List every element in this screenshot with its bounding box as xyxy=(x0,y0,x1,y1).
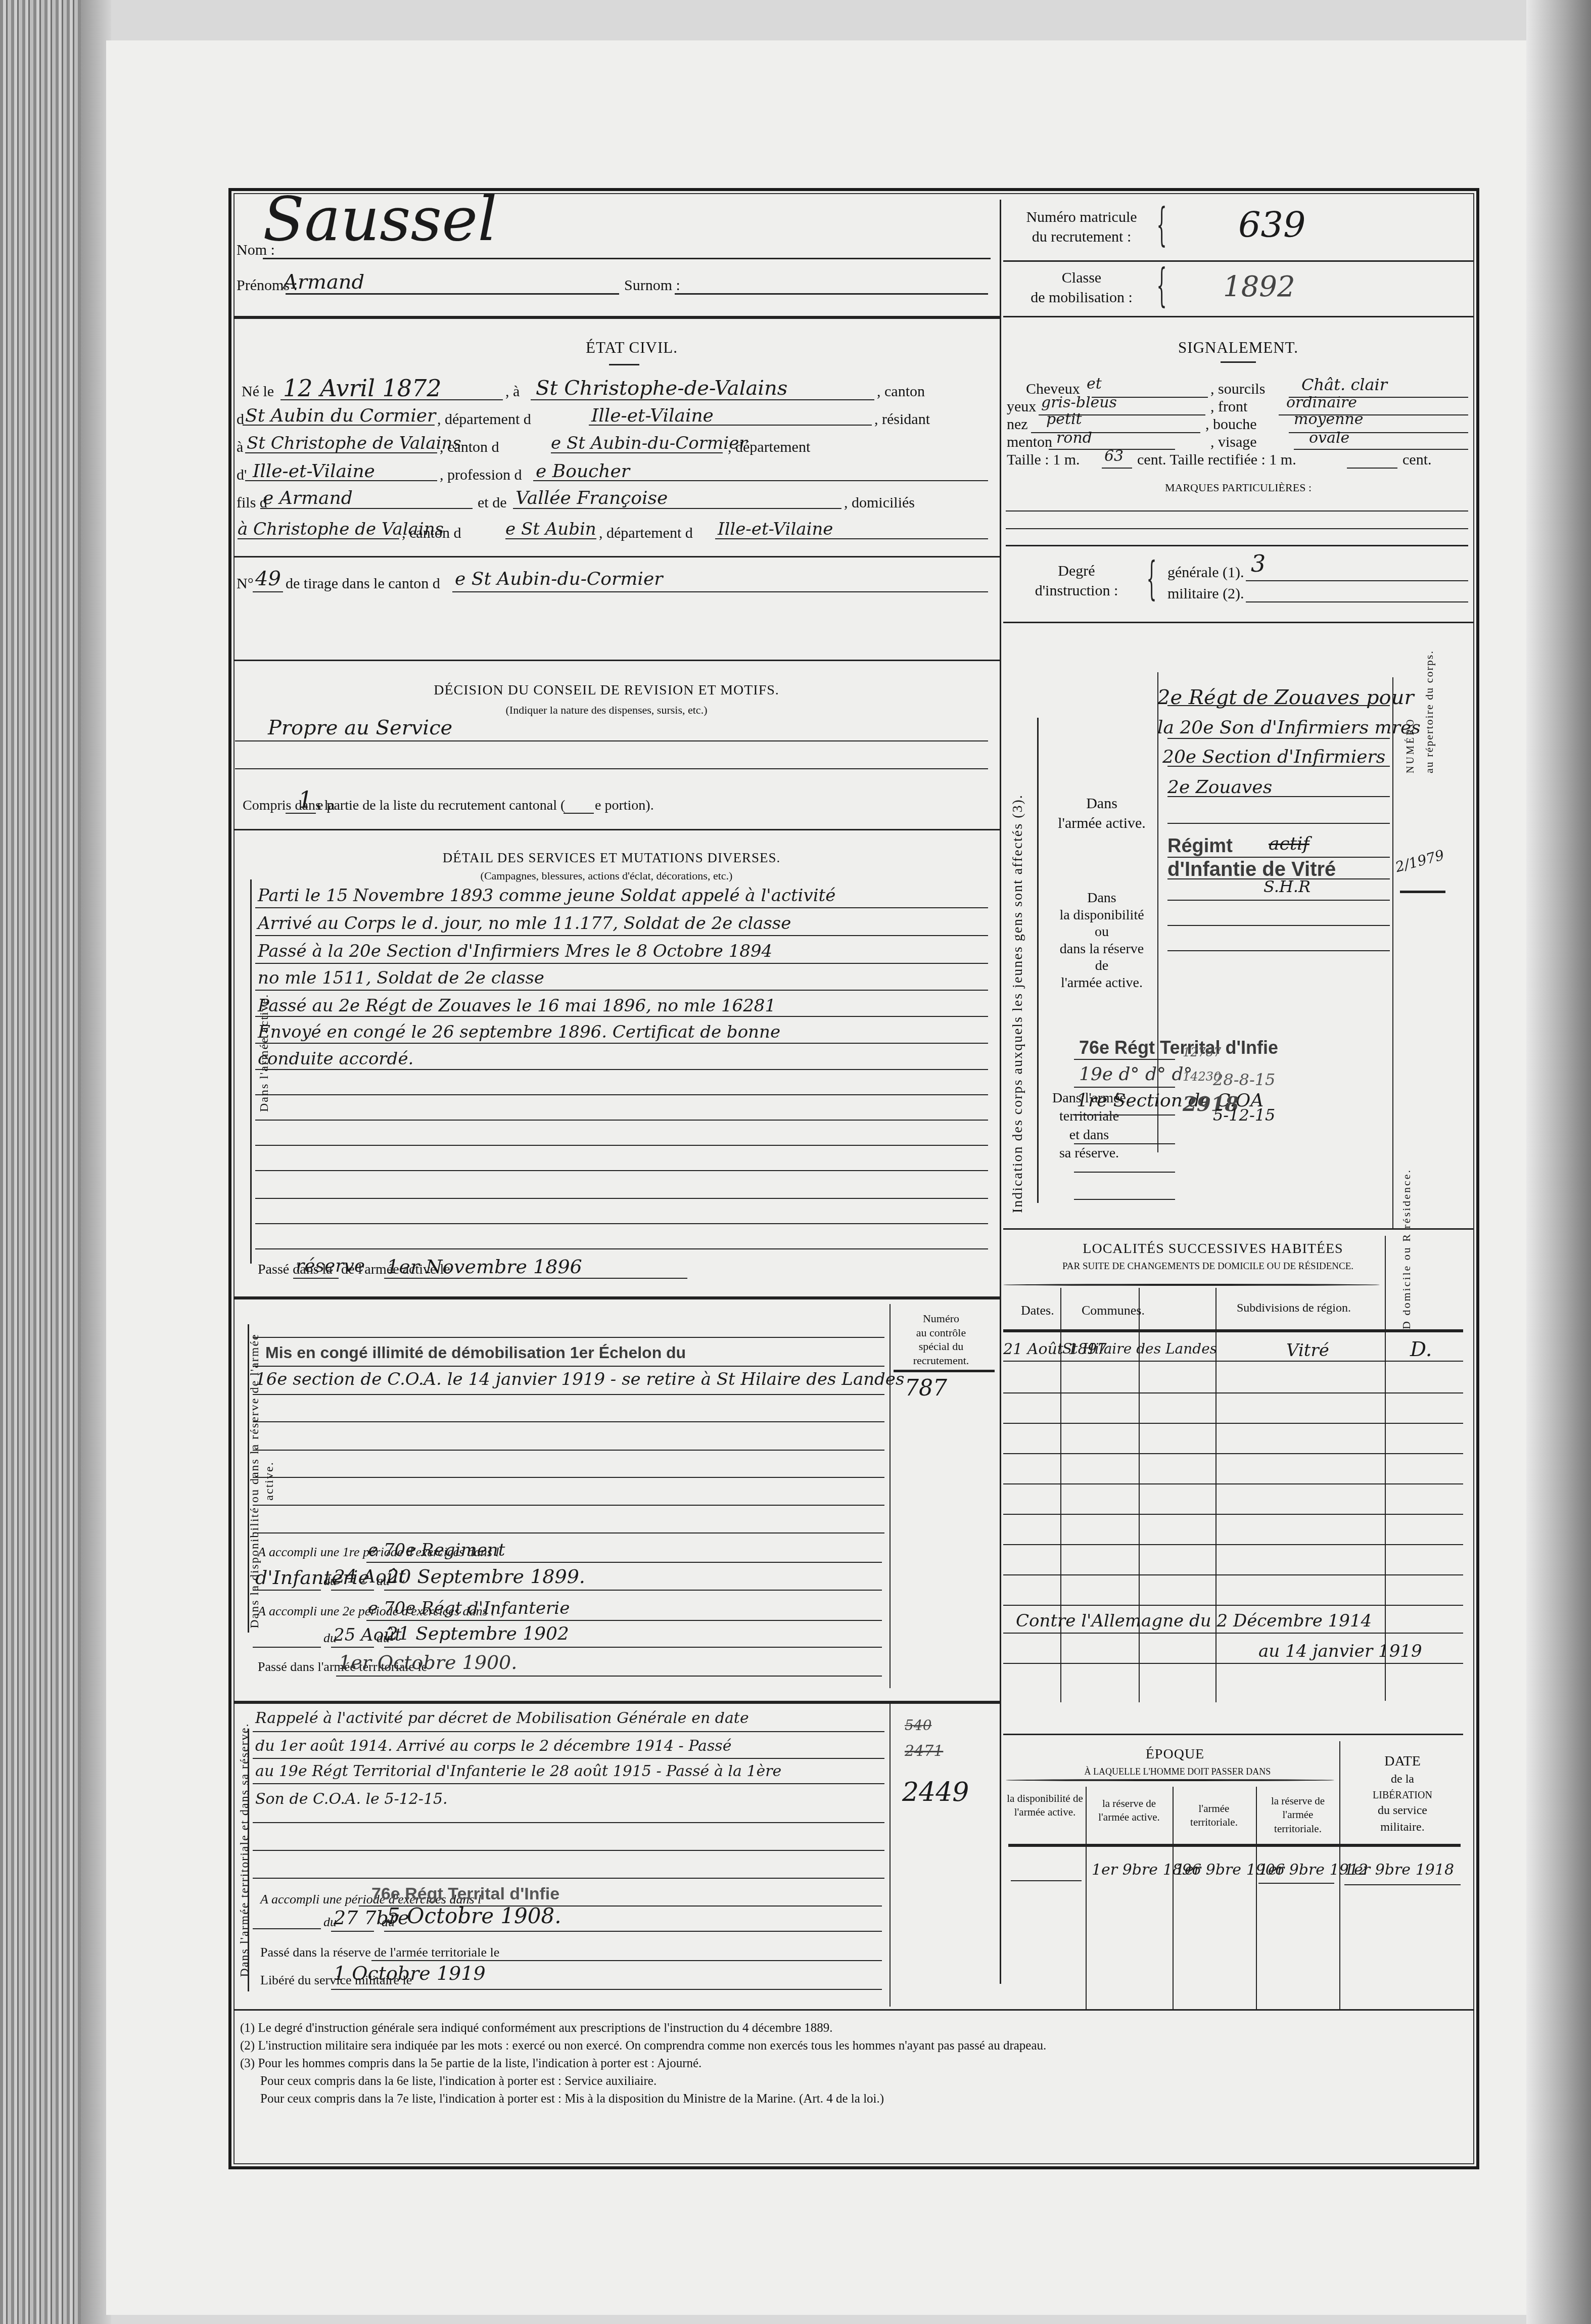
numero-sublabel: au répertoire du corps. xyxy=(1423,650,1436,773)
communes-column-header: Communes. xyxy=(1082,1304,1145,1317)
underline xyxy=(331,1590,374,1591)
underline xyxy=(1074,1199,1175,1200)
underline xyxy=(331,1989,882,1990)
struck-actif: actif xyxy=(1269,835,1309,853)
underline xyxy=(384,1647,882,1648)
underline xyxy=(384,1931,882,1932)
underline xyxy=(255,1120,988,1121)
domicilies-label: , domiciliés xyxy=(844,495,915,510)
cent-label: cent. xyxy=(1402,452,1431,468)
row-line xyxy=(1003,1574,1463,1575)
territoriale-bracket xyxy=(248,1729,249,1991)
dr-column-header: D domicile ou R résidence. xyxy=(1400,1169,1413,1329)
service-line: Arrivé au Corps le d. jour, no mle 11.17… xyxy=(258,915,791,932)
periode2-au: 21 Septembre 1902 xyxy=(387,1625,569,1643)
bouche-value: moyenne xyxy=(1294,412,1364,427)
periode2-corps: e 70e Régt d'Infanterie xyxy=(368,1600,570,1617)
generale-value: 3 xyxy=(1251,552,1266,575)
underline xyxy=(253,1590,321,1591)
profession-value: e Boucher xyxy=(536,462,630,481)
underline xyxy=(1167,823,1390,824)
canton-residence: e St Aubin-du-Cormier xyxy=(551,435,747,452)
row-line xyxy=(1003,1392,1463,1393)
signalement-separator xyxy=(1003,622,1473,623)
underline xyxy=(255,990,988,991)
numero-controle-separator xyxy=(894,1370,995,1372)
underline xyxy=(255,1145,988,1146)
nom-value: Saussel xyxy=(263,190,497,250)
residence: St Christophe de Valains xyxy=(247,435,461,452)
territoriale-line: du 1er août 1914. Arrivé au corps le 2 d… xyxy=(255,1739,731,1754)
localites-subtitle: PAR SUITE DE CHANGEMENTS DE DOMICILE OU … xyxy=(1011,1261,1405,1272)
corps-active-line: 2e Zouaves xyxy=(1167,778,1272,797)
front-label: , front xyxy=(1210,399,1247,414)
row-line xyxy=(1003,1544,1463,1545)
underline xyxy=(238,538,399,539)
visage-value: ovale xyxy=(1309,431,1349,446)
ne-le-label: Né le xyxy=(242,384,274,399)
underline xyxy=(366,1620,882,1621)
epoque-header-underline xyxy=(1008,1844,1461,1847)
service-line: Envoyé en congé le 26 septembre 1896. Ce… xyxy=(258,1024,780,1041)
generale-label: générale (1). xyxy=(1167,565,1244,580)
service-line: no mle 1511, Soldat de 2e classe xyxy=(258,969,544,987)
underline xyxy=(255,1198,988,1199)
canton3-label: , canton d xyxy=(402,526,461,541)
footnote-1: (1) Le degré d'instruction générale sera… xyxy=(240,2022,833,2034)
liberation-header: DATE de la LIBÉRATION du service militai… xyxy=(1344,1751,1461,1836)
row-line xyxy=(1003,1663,1463,1664)
compris-label-3: e portion). xyxy=(595,799,654,813)
title-dash xyxy=(1221,361,1256,363)
departement2-label: , département xyxy=(728,440,810,455)
classe-brace: { xyxy=(1157,263,1167,308)
corps-active-line: 2e Régt de Zouaves pour xyxy=(1157,687,1414,708)
underline xyxy=(384,1590,882,1591)
subdivisions-column-header: Subdivisions de région. xyxy=(1218,1302,1370,1315)
footnote-2: (2) L'instruction militaire sera indiqué… xyxy=(240,2039,1046,2052)
row-line xyxy=(1003,1633,1463,1634)
underline xyxy=(255,1223,988,1224)
canton-naissance: St Aubin du Cormier xyxy=(245,407,436,425)
underline xyxy=(1074,1114,1175,1115)
underline xyxy=(255,1170,988,1171)
degre-instruction-label: Degré d'instruction : xyxy=(1026,561,1127,600)
bouche-label: , bouche xyxy=(1205,417,1257,432)
departement-naissance: Ille-et-Vilaine xyxy=(591,407,714,425)
underline xyxy=(1167,857,1390,858)
underline xyxy=(245,452,437,453)
tirage-no: 49 xyxy=(255,569,281,589)
underline xyxy=(1246,580,1468,581)
localites-title: LOCALITÉS SUCCESSIVES HABITÉES xyxy=(1036,1241,1390,1257)
sourcils-label: , sourcils xyxy=(1210,382,1265,397)
underline xyxy=(235,740,988,741)
demobilisation-line: 16e section de C.O.A. le 14 janvier 1919… xyxy=(255,1371,904,1388)
underline xyxy=(255,1016,988,1017)
matricule-label: Numéro matricule du recrutement : xyxy=(1006,207,1157,247)
cheveux-value: et xyxy=(1087,377,1102,392)
campagne-line: Contre l'Allemagne du 2 Décembre 1914 xyxy=(1016,1612,1372,1630)
territoriale-line: Son de C.O.A. le 5-12-15. xyxy=(255,1792,448,1807)
col-territoriale: l'armée territoriale. xyxy=(1174,1802,1254,1830)
row-line xyxy=(1003,1361,1463,1362)
tirage-canton: e St Aubin-du-Cormier xyxy=(455,570,663,588)
visage-label: , visage xyxy=(1210,435,1257,450)
passe-reserve-date: 1er Novembre 1896 xyxy=(387,1257,582,1276)
services-subtitle: (Campagnes, blessures, actions d'éclat, … xyxy=(404,869,809,882)
stamp-regiment: Régimt xyxy=(1167,836,1233,856)
canton-parents: e St Aubin xyxy=(505,521,596,538)
profession-label: , profession d xyxy=(440,468,522,483)
underline xyxy=(1167,925,1390,926)
nez-value: petit xyxy=(1046,412,1082,427)
taille-label: Taille : 1 m. xyxy=(1007,452,1080,468)
underline xyxy=(1344,1884,1461,1885)
lieu-naissance: St Christophe-de-Valains xyxy=(536,378,787,398)
a-label: , à xyxy=(505,384,520,399)
front-value: ordinaire xyxy=(1286,395,1357,410)
underline xyxy=(564,813,594,814)
dr-column-divider xyxy=(1385,1236,1386,1701)
underline xyxy=(531,399,874,400)
row-line xyxy=(1003,1483,1463,1484)
classe-separator xyxy=(1003,316,1473,317)
stamp-infanterie-vitre: d'Infantie de Vitré xyxy=(1167,859,1336,879)
classe-value: 1892 xyxy=(1223,273,1295,301)
tirage-no-label: N° xyxy=(237,576,254,591)
numero-separator xyxy=(1400,891,1445,893)
reserve-active-bracket xyxy=(248,1324,249,1633)
marques-line xyxy=(1006,545,1468,546)
underline xyxy=(1167,950,1390,951)
etat-civil-separator xyxy=(233,556,1000,557)
passe-territoriale-date: 1er Octobre 1900. xyxy=(339,1653,517,1672)
underline xyxy=(293,1278,339,1279)
et-de-label: et de xyxy=(478,495,506,510)
mere-value: Vallée Françoise xyxy=(516,489,668,507)
marques-particulieres-label: MARQUES PARTICULIÈRES : xyxy=(1112,481,1365,494)
header-separator xyxy=(233,316,1000,319)
periode1-corps: e 70e Regiment xyxy=(368,1542,505,1559)
decision-value: Propre au Service xyxy=(268,718,452,738)
numero-struck: 2471 xyxy=(905,1744,943,1759)
underline xyxy=(1074,1172,1175,1173)
underline xyxy=(255,1094,988,1095)
stamp-76e-territorial: 76e Régt Territal d'Infie xyxy=(1079,1039,1278,1057)
dispo-annotation: S.H.R xyxy=(1264,878,1311,895)
numero-value: 2449 xyxy=(902,1779,969,1805)
surnom-underline xyxy=(675,293,988,295)
underline xyxy=(255,1248,988,1249)
underline xyxy=(533,480,988,481)
matricule-separator xyxy=(1003,260,1473,262)
territoriale-vertical-label: Dans l'armée territoriale et dans sa rés… xyxy=(238,1718,252,1981)
degre-brace: { xyxy=(1147,556,1157,601)
departement-residence: Ille-et-Vilaine xyxy=(253,462,375,481)
underline xyxy=(1167,900,1390,901)
libere-date: 1 Octobre 1919 xyxy=(334,1964,486,1983)
col-divider xyxy=(1256,1787,1257,2009)
service-line: conduite accordé. xyxy=(258,1050,413,1067)
corps-active-line: 20e Section d'Infirmiers xyxy=(1162,748,1385,766)
marques-line xyxy=(1006,528,1468,529)
underline xyxy=(253,1758,884,1759)
underline xyxy=(255,963,988,964)
underline xyxy=(255,1043,988,1044)
row-line xyxy=(1003,1514,1463,1515)
underline xyxy=(1167,738,1390,739)
active-label: Dans l'armée active. xyxy=(1046,794,1157,833)
underline xyxy=(1167,766,1390,767)
underline xyxy=(513,508,841,509)
territoriale-line: au 19e Régt Territorial d'Infanterie le … xyxy=(255,1764,781,1779)
underline xyxy=(253,1337,884,1338)
underline xyxy=(366,1562,882,1563)
footnote-3: (3) Pour les hommes compris dans la 5e p… xyxy=(240,2057,701,2070)
services-bracket xyxy=(250,879,252,1264)
underline xyxy=(253,1822,884,1823)
underline xyxy=(253,1647,321,1648)
underline xyxy=(1074,1059,1175,1060)
surnom-label: Surnom : xyxy=(624,278,680,293)
numero-controle-label: Numéro au contrôle spécial du recrutemen… xyxy=(891,1312,992,1367)
numero-divider xyxy=(890,1703,891,2007)
territoriale-line: 19e d° d° d° xyxy=(1079,1065,1193,1084)
menton-value: rond xyxy=(1056,431,1092,446)
col-reserve-territoriale: la réserve de l'armée territoriale. xyxy=(1257,1794,1338,1836)
prenoms-value: Armand xyxy=(283,272,364,292)
numero-struck: 540 xyxy=(905,1718,931,1733)
disponibilite-label: Dans la disponibilité ou dans la réserve… xyxy=(1041,890,1162,992)
underline xyxy=(253,1421,884,1422)
underline xyxy=(253,1532,884,1533)
decision-title: DÉCISION DU CONSEIL DE REVISION ET MOTIF… xyxy=(354,682,859,699)
marques-line xyxy=(1006,510,1468,512)
underline xyxy=(253,1394,884,1395)
prenoms-underline xyxy=(286,293,619,295)
underline xyxy=(1074,1143,1175,1144)
underline xyxy=(253,591,283,592)
underline xyxy=(253,1731,884,1732)
underline xyxy=(1246,601,1468,602)
service-line: Passé au 2e Régt de Zouaves le 16 mai 18… xyxy=(258,997,776,1014)
periode1-au: 20 Septembre 1899. xyxy=(387,1567,585,1586)
corps-number: 12787 xyxy=(1183,1046,1221,1058)
row-line xyxy=(1003,1605,1463,1606)
underline xyxy=(1102,468,1132,469)
campagne-line-2: au 14 janvier 1919 xyxy=(1258,1643,1422,1660)
footnote-3c: Pour ceux compris dans la 7e liste, l'in… xyxy=(260,2093,884,2105)
residant-label: , résidant xyxy=(874,412,930,427)
corps-active-line: la 20e Son d'Infirmiers mres xyxy=(1157,719,1421,737)
underline xyxy=(331,1931,374,1932)
etat-civil-title: ÉTAT CIVIL. xyxy=(556,339,708,357)
row-line xyxy=(1003,1423,1463,1424)
compris-label-2: e partie de la liste du recrutement cant… xyxy=(317,799,565,813)
pere-value: e Armand xyxy=(263,489,353,507)
taille-rectifiee-label: cent. Taille rectifiée : 1 m. xyxy=(1137,452,1296,468)
localite-subdivision: Vitré xyxy=(1286,1342,1329,1359)
nom-underline xyxy=(263,258,991,259)
underline xyxy=(253,1477,884,1478)
epoque-brace xyxy=(1006,1779,1334,1781)
date-naissance: 12 Avril 1872 xyxy=(283,377,442,400)
footnote-3b: Pour ceux compris dans la 6e liste, l'in… xyxy=(260,2075,657,2087)
underline xyxy=(505,538,596,539)
underline xyxy=(384,1278,687,1279)
underline xyxy=(336,1676,882,1677)
epoque-title: ÉPOQUE xyxy=(1087,1746,1264,1762)
canton2-label: , canton d xyxy=(440,440,499,455)
periode-au: 5 Octobre 1908. xyxy=(387,1905,561,1927)
departement-parents: Ille-et-Vilaine xyxy=(718,521,833,538)
column-divider xyxy=(1000,200,1001,1984)
underline xyxy=(1258,1883,1334,1884)
reserve-territoriale-label: Passé dans la réserve de l'armée territo… xyxy=(260,1946,499,1959)
underline xyxy=(245,480,437,481)
underline xyxy=(253,1505,884,1506)
canton-label: , canton xyxy=(877,384,925,399)
underline xyxy=(1167,705,1390,706)
classe-label: Classe de mobilisation : xyxy=(1006,268,1157,307)
localite-dr: D. xyxy=(1410,1339,1432,1360)
stamp-conge-illimite: Mis en congé illimité de démobilisation … xyxy=(265,1344,686,1361)
underline xyxy=(243,425,435,426)
decision-top-line xyxy=(233,660,1000,661)
departement3-label: , département d xyxy=(599,526,693,541)
underline xyxy=(255,935,988,936)
residant-prefix: à xyxy=(237,440,243,455)
underline xyxy=(253,1850,884,1851)
decision-subtitle: (Indiquer la nature des dispenses, sursi… xyxy=(404,704,809,717)
col-disponibilite: la disponibilité de l'armée active. xyxy=(1006,1792,1084,1820)
footnotes-top-line xyxy=(233,2009,1474,2011)
underline xyxy=(253,1450,884,1451)
yeux-label: yeux xyxy=(1007,399,1036,414)
underline xyxy=(286,813,316,814)
underline xyxy=(715,538,988,539)
underline xyxy=(452,591,988,592)
services-title: DÉTAIL DES SERVICES ET MUTATIONS DIVERSE… xyxy=(334,850,890,866)
signalement-title: SIGNALEMENT. xyxy=(1137,339,1339,357)
underline xyxy=(371,1960,882,1961)
underline xyxy=(255,907,988,908)
nez-label: nez xyxy=(1007,417,1028,432)
localite-commune: St Hilaire des Landes xyxy=(1062,1342,1217,1356)
right-gutter-shadow xyxy=(1526,0,1591,2324)
territoriale-line: Rappelé à l'activité par décret de Mobil… xyxy=(255,1711,749,1726)
corps-date: 28-8-15 xyxy=(1213,1072,1275,1088)
underline xyxy=(235,768,988,769)
corps-date: 5-12-15 xyxy=(1213,1107,1275,1123)
tirage-label: de tirage dans le canton d xyxy=(286,576,440,591)
menton-label: menton xyxy=(1007,435,1052,450)
localites-brace xyxy=(1003,1284,1380,1286)
underline xyxy=(253,1878,884,1879)
book-page-edges xyxy=(0,0,81,2324)
underline xyxy=(1074,1087,1175,1088)
underline xyxy=(280,399,503,400)
underline xyxy=(253,1366,884,1367)
service-line: Passé à la 20e Section d'Infirmiers Mres… xyxy=(258,943,772,960)
sourcils-value: Chât. clair xyxy=(1301,377,1387,393)
title-dash xyxy=(609,364,639,365)
underline xyxy=(1347,468,1397,469)
epoque-top-line xyxy=(1003,1734,1463,1735)
numero-column-divider xyxy=(1392,677,1393,1228)
reserve-active-bottom-line xyxy=(233,1701,1000,1704)
services-bottom-line xyxy=(233,1296,1000,1299)
departement-label: , département d xyxy=(437,412,531,427)
epoque-subtitle: À LAQUELLE L'HOMME DOIT PASSER DANS xyxy=(1026,1767,1329,1777)
corps-vertical-label: Indication des corps auxquels les jeunes… xyxy=(1010,794,1026,1213)
underline xyxy=(253,1928,321,1929)
service-line: Parti le 15 Novembre 1893 comme jeune So… xyxy=(258,887,835,904)
dates-column-header: Dates. xyxy=(1021,1304,1054,1317)
compris-partie: 1 xyxy=(298,789,312,812)
numero-controle-value: 787 xyxy=(905,1377,947,1400)
underline xyxy=(589,425,872,426)
underline xyxy=(260,508,473,509)
col-reserve-active: la réserve de l'armée active. xyxy=(1087,1797,1172,1825)
decision-bottom-line xyxy=(233,829,1000,830)
underline xyxy=(331,1647,374,1648)
header-underline xyxy=(1003,1329,1463,1332)
periode-corps-stamp: 76e Régt Territal d'Infie xyxy=(371,1885,559,1902)
matricule-brace: { xyxy=(1157,202,1167,248)
yeux-value: gris-bleus xyxy=(1041,395,1117,410)
underline xyxy=(1294,449,1468,450)
taille-value: 63 xyxy=(1104,449,1124,464)
underline xyxy=(253,1783,884,1784)
underline xyxy=(551,452,723,453)
row-line xyxy=(1003,1453,1463,1454)
matricule-value: 639 xyxy=(1238,207,1306,243)
underline xyxy=(1011,1880,1082,1881)
militaire-label: militaire (2). xyxy=(1167,586,1244,601)
underline xyxy=(1167,796,1390,797)
underline xyxy=(255,1069,988,1070)
date-liberation: 1er 9bre 1918 xyxy=(1344,1863,1454,1878)
